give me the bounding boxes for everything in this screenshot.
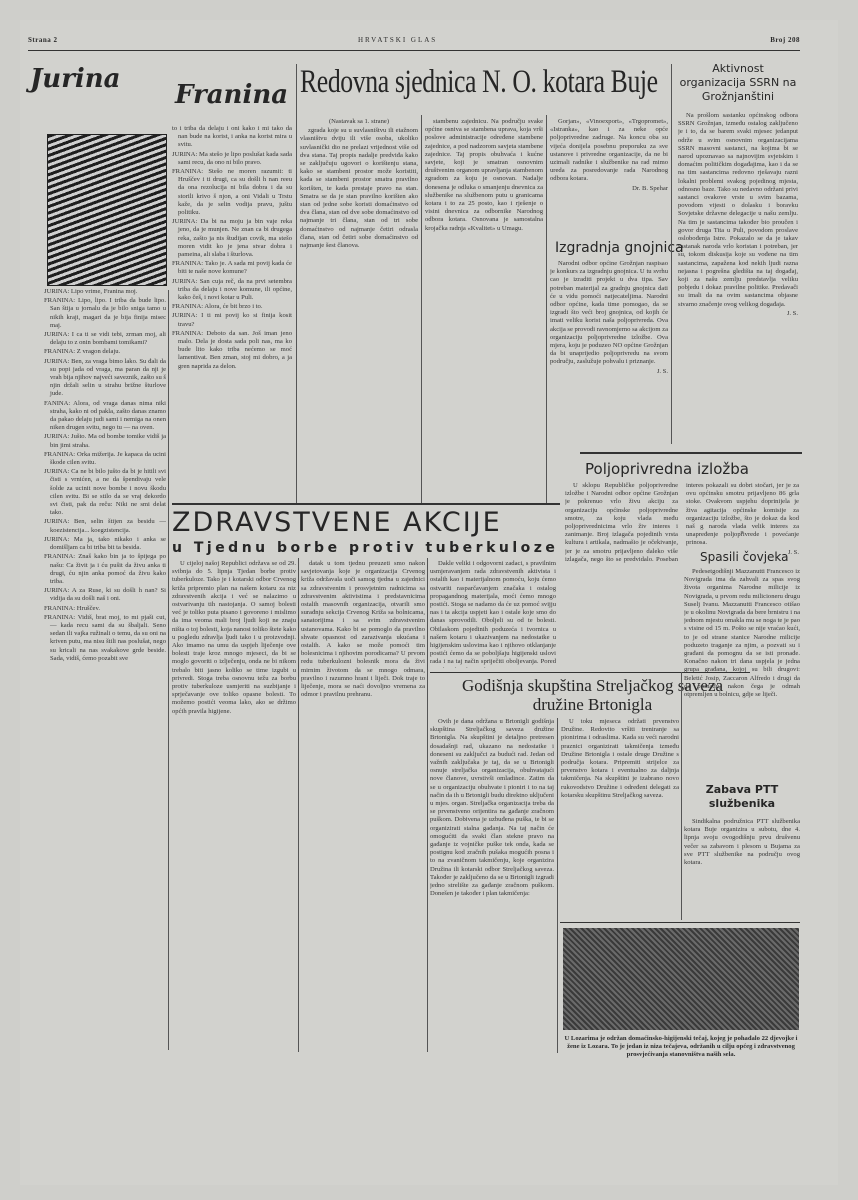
zdravstvene-subtitle: u Tjednu borbe protiv tuberkuloze	[172, 540, 558, 556]
spasili-title: Spasili čovjeka	[700, 550, 789, 564]
separator-star: *	[684, 530, 800, 540]
franina-title: Franina	[175, 80, 288, 110]
zdravstvene-title: ZDRAVSTVENE AKCIJE	[172, 507, 502, 538]
jurina-title: Jurina	[30, 64, 121, 94]
issue-number: Broj 208	[770, 36, 800, 44]
group-photo	[563, 928, 799, 1030]
ptt-text: Sindikalna podružnica PTT službenika kot…	[684, 818, 800, 918]
gnojnica-title: Izgradnja gnojnica	[555, 240, 684, 256]
ssrn-title: Aktivnost organizacija SSRN na Grožnjanš…	[678, 62, 798, 104]
redovna-col2: stambenu zajednicu. Na području svake op…	[425, 118, 543, 508]
redovna-col3: Gorjan», «Vinoexport», «Trgopromet», «Is…	[550, 118, 668, 228]
photo-caption: U Lozarima je održan domaćinsko-higijens…	[560, 1035, 802, 1059]
masthead: HRVATSKI GLAS	[358, 36, 437, 44]
zdravstvene-col2: datak u tom tjednu preuzeti smo nakon sa…	[301, 560, 425, 1050]
spasili-text: Pedesetgodišnji Mazzanutti Francesco iz …	[684, 568, 800, 768]
woodcut-illustration	[47, 134, 167, 286]
ssrn-text: Na prošlom sastanku općinskog odbora SSR…	[678, 112, 798, 442]
zdravstvene-col3: Dakle veliki i odgovorni zadaci, s pravi…	[430, 560, 556, 668]
gnojnica-text: Narodni odbor općine Grožnjan raspisao j…	[550, 260, 668, 442]
redovna-col1: (Nastavak sa 1. strane) zgrada koje su u…	[300, 118, 418, 508]
header-rule	[28, 50, 800, 51]
dialogue-right-column: to i triba da delaju i oni kako i mi tak…	[172, 125, 292, 505]
page-number: Strana 2	[28, 36, 57, 44]
redovna-title: Redovna sjednica N. O. kotara Buje	[300, 64, 658, 101]
ptt-title: Zabava PTT službenika	[686, 783, 798, 811]
streljacki-col1: Ovih je dana održana u Brtonigli godišnj…	[430, 718, 554, 1053]
izlozba-title: Poljoprivredna izložba	[585, 460, 749, 478]
dialogue-left-column: JURINA: Lipo vrime, Franina moj. FRANINA…	[44, 288, 166, 1053]
zdravstvene-col1: U cijeloj našoj Republici održava se od …	[172, 560, 296, 1050]
streljacki-col2: U toku mjeseca održati prvenstvo Družine…	[561, 718, 679, 918]
